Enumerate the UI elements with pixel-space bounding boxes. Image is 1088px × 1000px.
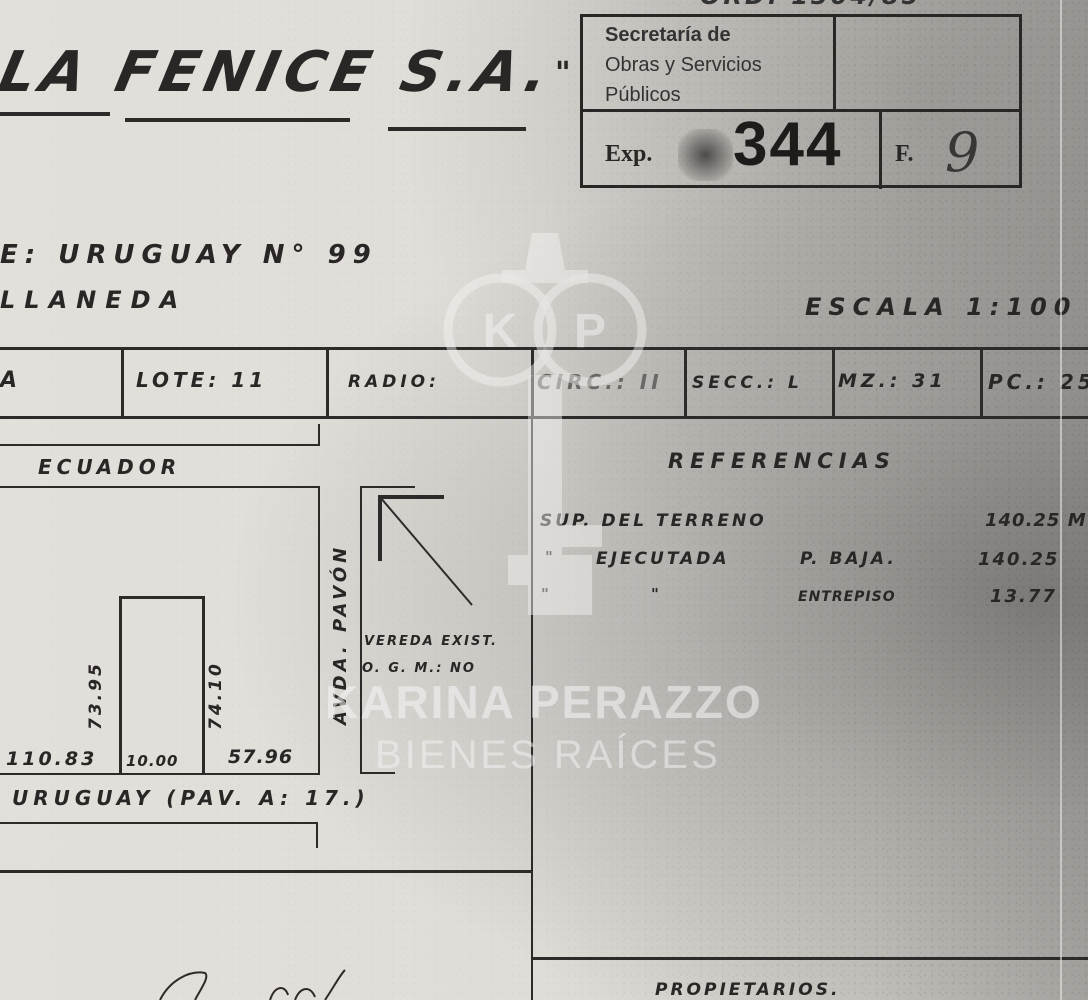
stamp-office-line2: Obras y Servicios	[605, 51, 762, 79]
references-heading: Referencias	[668, 449, 896, 473]
cadastre-cell-lote: Lote: 11	[136, 368, 267, 392]
cadastre-cell-a: A	[0, 368, 21, 393]
key-logo-watermark-icon: K P	[440, 225, 650, 625]
stamp-folio-number: 9	[945, 121, 979, 184]
street-north-label: Ecuador	[38, 455, 181, 479]
document-title: La Fenice S.A.	[0, 40, 560, 105]
expediente-stamp: Secretaría de Obras y Servicios Públicos…	[580, 14, 1022, 188]
lot-outline	[119, 596, 205, 774]
street-edge-line	[0, 822, 318, 824]
stamp-divider	[833, 17, 836, 109]
cadastre-cell-divider	[980, 347, 983, 419]
ink-blot	[678, 129, 733, 181]
logo-letter-k: K	[483, 305, 518, 358]
reference-sublabel: Entrepiso	[798, 589, 896, 605]
stamp-exp-label: Exp.	[605, 141, 652, 168]
street-edge-line	[316, 822, 318, 848]
stamp-exp-number: 344	[733, 109, 842, 180]
reference-value: 13.77	[990, 586, 1057, 607]
reference-label: "	[651, 585, 663, 603]
title-underline	[0, 112, 110, 116]
east-block-edge	[360, 486, 415, 488]
stamp-office-line1: Secretaría de	[605, 21, 731, 49]
ordinance-partial-text: ORD. 1304/85	[700, 0, 921, 10]
reference-sublabel: P. Baja.	[800, 549, 897, 569]
address-city: LLANEDA	[0, 286, 187, 314]
street-edge-line	[318, 424, 320, 446]
block-edge-line	[0, 486, 320, 488]
signature	[150, 965, 370, 1000]
cadastre-cell-secc: Secc.: L	[692, 373, 803, 393]
page-fold-edge	[1060, 0, 1062, 1000]
frontage-left-measure: 110.83	[6, 748, 97, 770]
cadastre-cell-radio: Radio:	[348, 372, 440, 392]
stamp-office-line3: Públicos	[605, 81, 681, 109]
lot-front-measure: 10.00	[126, 752, 178, 770]
title-quote-mark: "	[555, 56, 571, 91]
lot-left-measure: 73.95	[86, 661, 106, 730]
reference-value: 140.25	[978, 549, 1059, 570]
reference-value: 140.25 m	[985, 510, 1087, 531]
stamp-divider	[879, 109, 882, 189]
sidewalk-note-2: O. G. M.: No	[362, 661, 476, 676]
cadastre-cell-divider	[832, 347, 835, 419]
east-block-edge	[360, 486, 362, 774]
lot-right-measure: 74.10	[206, 661, 226, 730]
logo-letter-p: P	[574, 305, 606, 358]
watermark-brand-name: KARINA PERAZZO	[325, 675, 763, 729]
frontage-right-measure: 57.96	[228, 746, 293, 768]
scale-label: Escala 1:100	[805, 293, 1077, 321]
street-edge-line	[0, 444, 320, 446]
cadastre-cell-divider	[326, 347, 329, 419]
sidewalk-note: Vereda Exist.	[364, 634, 498, 649]
street-south-label: Uruguay (Pav. a: 17.)	[12, 786, 370, 810]
block-edge-line	[318, 486, 320, 774]
stamp-folio-label: F.	[895, 141, 913, 168]
cadastre-cell-divider	[121, 347, 124, 419]
cadastre-cell-divider	[684, 347, 687, 419]
cadastre-cell-mz: Mz.: 31	[838, 370, 947, 392]
title-underline	[388, 127, 526, 131]
watermark-tagline: BIENES RAÍCES	[375, 733, 721, 778]
title-underline	[125, 118, 350, 122]
owners-heading: Propietarios.	[655, 980, 840, 1000]
section-divider	[0, 870, 533, 873]
owners-divider	[533, 957, 1088, 960]
address-street: E: Uruguay N° 99	[0, 240, 378, 270]
cadastre-cell-pc: Pc.: 25	[988, 370, 1088, 394]
